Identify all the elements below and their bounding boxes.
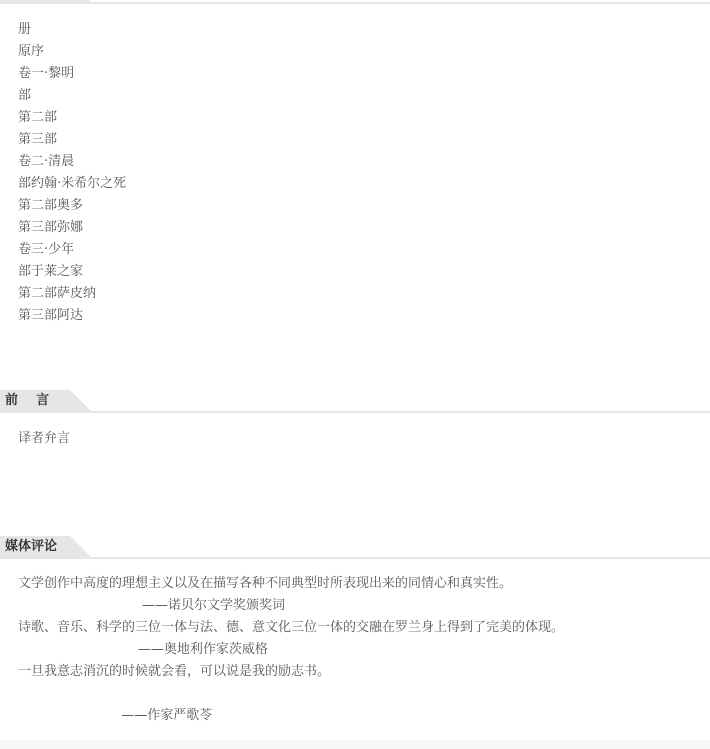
toc-item[interactable]: 部约翰·米希尔之死 <box>18 173 126 195</box>
toc-item[interactable]: 第三部阿达 <box>18 305 126 327</box>
toc-item[interactable]: 卷三·少年 <box>18 239 126 261</box>
preface-list: 译者弁言 <box>18 428 70 450</box>
review-attribution: ——奥地利作家茨威格 <box>18 639 698 661</box>
preface-item: 译者弁言 <box>18 428 70 450</box>
review-spacer <box>18 683 698 705</box>
toc-item[interactable]: 第二部奥多 <box>18 195 126 217</box>
footer-strip <box>0 740 710 749</box>
previous-section-header <box>0 0 710 3</box>
review-quote: 一旦我意志消沉的时候就会看，可以说是我的励志书。 <box>18 661 698 683</box>
section-rule <box>0 2 710 4</box>
review-attribution: ——诺贝尔文学奖颁奖词 <box>18 595 698 617</box>
toc-list: 册 原序 卷一·黎明 部 第二部 第三部 卷二·清晨 部约翰·米希尔之死 第二部… <box>18 19 126 327</box>
media-reviews-body: 文学创作中高度的理想主义以及在描写各种不同典型时所表现出来的同情心和真实性。 —… <box>18 573 698 727</box>
media-reviews-heading: 媒体评论 <box>0 536 92 558</box>
preface-heading: 前 言 <box>0 390 92 412</box>
toc-item[interactable]: 第二部萨皮纳 <box>18 283 126 305</box>
toc-item[interactable]: 卷二·清晨 <box>18 151 126 173</box>
section-rule <box>0 557 710 559</box>
toc-item[interactable]: 部于莱之家 <box>18 261 126 283</box>
toc-item[interactable]: 部 <box>18 85 126 107</box>
review-attribution: ——作家严歌苓 <box>18 705 698 727</box>
toc-item[interactable]: 第三部弥娜 <box>18 217 126 239</box>
section-rule <box>0 411 710 413</box>
toc-item[interactable]: 卷一·黎明 <box>18 63 126 85</box>
review-quote: 文学创作中高度的理想主义以及在描写各种不同典型时所表现出来的同情心和真实性。 <box>18 573 698 595</box>
preface-section-header: 前 言 <box>0 390 710 412</box>
media-reviews-section-header: 媒体评论 <box>0 536 710 558</box>
toc-item[interactable]: 册 <box>18 19 126 41</box>
toc-item[interactable]: 第三部 <box>18 129 126 151</box>
toc-item[interactable]: 原序 <box>18 41 126 63</box>
review-quote: 诗歌、音乐、科学的三位一体与法、德、意文化三位一体的交融在罗兰身上得到了完美的体… <box>18 617 698 639</box>
toc-item[interactable]: 第二部 <box>18 107 126 129</box>
